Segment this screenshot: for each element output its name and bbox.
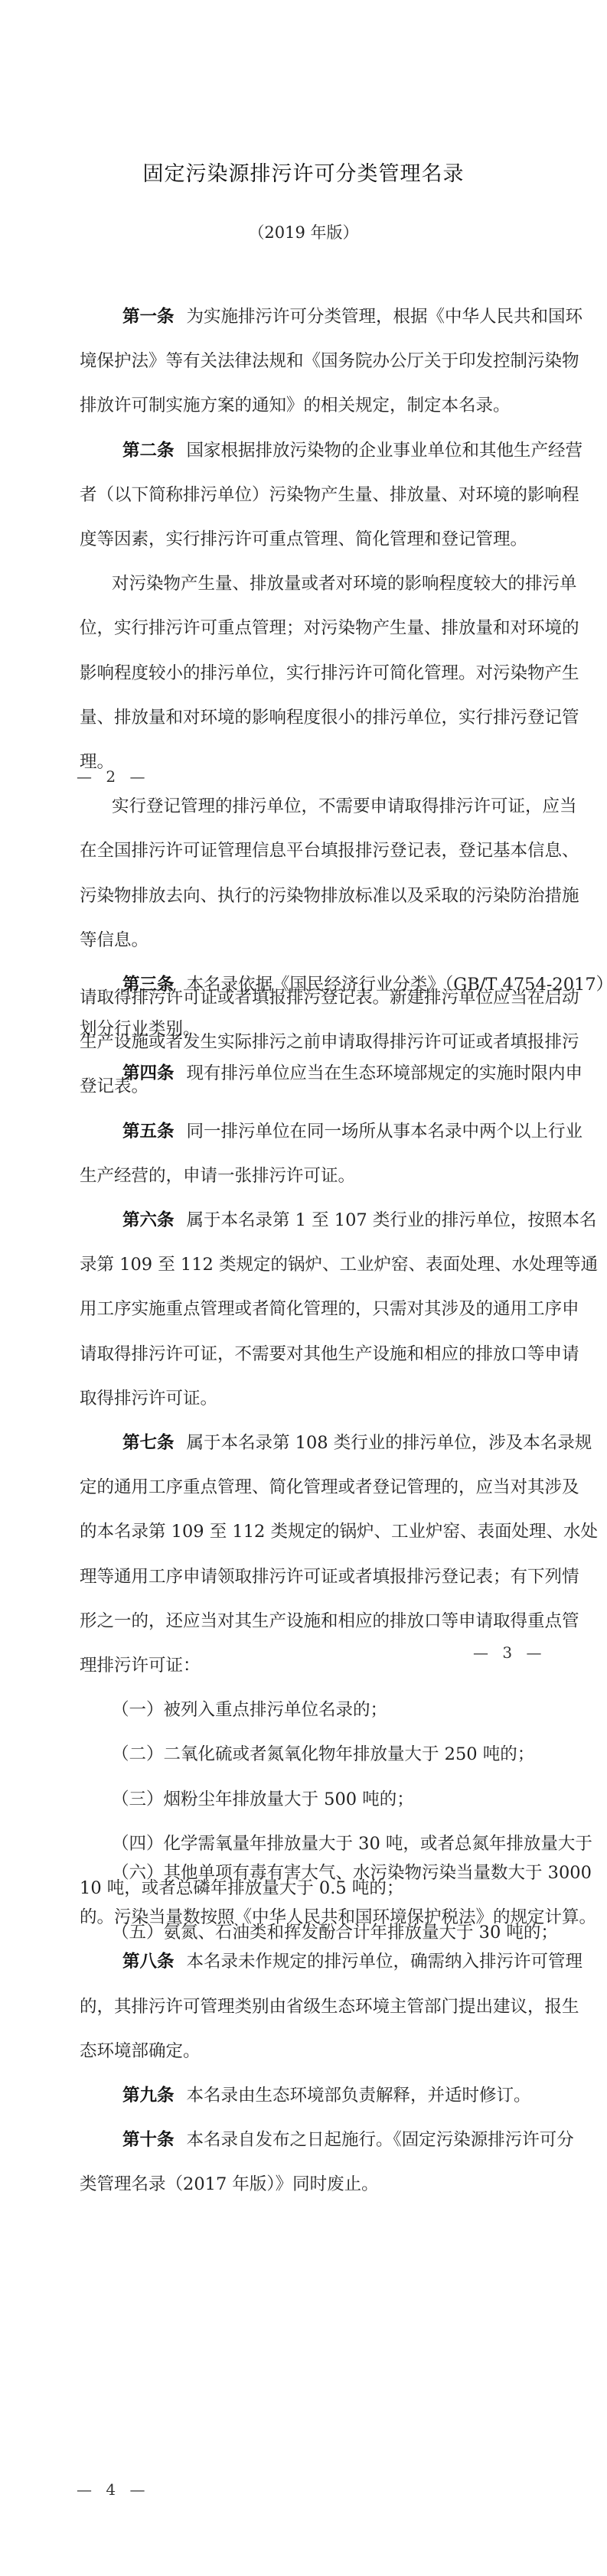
text-line: 第十条本名录自发布之日起施行。《固定污染源排污许可分 <box>122 2128 531 2151</box>
line-text: （二）二氧化硫或者氮氧化物年排放量大于 250 吨的； <box>112 1744 534 1764</box>
line-text: （一）被列入重点排污单位名录的； <box>112 1700 387 1720</box>
text-line: 定的通用工序重点管理、简化管理或者登记管理的，应当对其涉及 <box>80 1476 531 1499</box>
text-line: （六）其他单项有毒有害大气、水污染物污染当量数大于 3000 <box>112 1861 531 1884</box>
text-line: 生产设施或者发生实际排污之前申请取得排污许可证或者填报排污 <box>80 1031 531 1054</box>
line-text: 实行登记管理的排污单位，不需要申请取得排污许可证，应当 <box>112 796 577 816</box>
text-line: 类管理名录（2017 年版）》同时废止。 <box>80 2173 531 2196</box>
line-text: 登记表。 <box>80 1076 148 1096</box>
text-line: 态环境部确定。 <box>80 2040 531 2063</box>
line-text: 为实施排污许可分类管理，根据《中华人民共和国环 <box>187 307 583 327</box>
text-line: 第五条同一排污单位在同一场所从事本名录中两个以上行业 <box>122 1120 531 1143</box>
line-text: 排放许可制实施方案的通知》的相关规定，制定本名录。 <box>80 396 511 415</box>
document-subtitle: （2019 年版） <box>0 220 607 243</box>
text-line: 污染物排放去向、执行的污染物排放标准以及采取的污染防治措施 <box>80 884 531 907</box>
text-line: 等信息。 <box>80 929 531 952</box>
page-number-2: — 2 — <box>77 767 149 786</box>
text-line: 生产经营的，申请一张排污许可证。 <box>80 1164 531 1187</box>
line-text: 类管理名录（2017 年版）》同时废止。 <box>80 2174 379 2194</box>
text-line: 第六条属于本名录第 1 至 107 类行业的排污单位，按照本名 <box>122 1209 531 1232</box>
text-line: 的，其排污许可管理类别由省级生态环境主管部门提出建议，报生 <box>80 1995 531 2018</box>
line-text: 同一排污单位在同一场所从事本名录中两个以上行业 <box>187 1122 583 1141</box>
text-line: 第八条本名录未作规定的排污单位，确需纳入排污许可管理 <box>122 1950 531 1973</box>
article-heading: 第七条 <box>122 1433 175 1453</box>
line-text: 取得排污许可证。 <box>80 1389 217 1408</box>
line-text: 的本名录第 109 至 112 类规定的锅炉、工业炉窑、表面处理、水处 <box>80 1522 598 1542</box>
line-text: 定的通用工序重点管理、简化管理或者登记管理的，应当对其涉及 <box>80 1477 579 1497</box>
line-text: 本名录未作规定的排污单位，确需纳入排污许可管理 <box>187 1952 583 1972</box>
text-line: 请取得排污许可证或者填报排污登记表。新建排污单位应当在启动 <box>80 986 531 1009</box>
line-text: 本名录自发布之日起施行。《固定污染源排污许可分 <box>187 2130 574 2150</box>
text-line: 取得排污许可证。 <box>80 1387 531 1410</box>
page-number-3: — 3 — <box>473 1643 546 1662</box>
line-text: 境保护法》等有关法律法规和《国务院办公厅关于印发控制污染物 <box>80 351 579 371</box>
text-line: 理排污许可证： <box>80 1654 531 1677</box>
article-heading: 第九条 <box>122 2086 175 2105</box>
line-text: 等信息。 <box>80 930 148 950</box>
line-text: 的。污染当量数按照《中华人民共和国环境保护税法》的规定计算。 <box>80 1907 596 1927</box>
line-text: 者（以下简称排污单位）污染物产生量、排放量、对环境的影响程 <box>80 485 579 505</box>
text-line: 请取得排污许可证，不需要对其他生产设施和相应的排放口等申请 <box>80 1343 531 1366</box>
line-text: 请取得排污许可证，不需要对其他生产设施和相应的排放口等申请 <box>80 1344 579 1364</box>
text-line: 的。污染当量数按照《中华人民共和国环境保护税法》的规定计算。 <box>80 1906 531 1929</box>
line-text: 生产设施或者发生实际排污之前申请取得排污许可证或者填报排污 <box>80 1032 579 1052</box>
line-text: 位，实行排污许可重点管理；对污染物产生量、排放量和对环境的 <box>80 618 579 638</box>
line-text: 在全国排污许可证管理信息平台填报排污登记表，登记基本信息、 <box>80 841 579 861</box>
text-line: 录第 109 至 112 类规定的锅炉、工业炉窑、表面处理、水处理等通 <box>80 1253 531 1276</box>
text-line: 第二条国家根据排放污染物的企业事业单位和其他生产经营 <box>122 439 531 462</box>
line-text: 态环境部确定。 <box>80 2041 201 2061</box>
document-title: 固定污染源排污许可分类管理名录 <box>0 157 607 187</box>
line-text: 的，其排污许可管理类别由省级生态环境主管部门提出建议，报生 <box>80 1997 579 2017</box>
line-text: 影响程度较小的排污单位，实行排污许可简化管理。对污染物产生 <box>80 663 579 683</box>
text-line: 理等通用工序申请领取排污许可证或者填报排污登记表；有下列情 <box>80 1565 531 1588</box>
text-line: 在全国排污许可证管理信息平台填报排污登记表，登记基本信息、 <box>80 839 531 862</box>
text-line: 用工序实施重点管理或者简化管理的，只需对其涉及的通用工序申 <box>80 1298 531 1321</box>
text-line: 对污染物产生量、排放量或者对环境的影响程度较大的排污单 <box>112 572 531 595</box>
article-heading: 第一条 <box>122 307 175 327</box>
line-text: 形之一的，还应当对其生产设施和相应的排放口等申请取得重点管 <box>80 1611 579 1631</box>
line-text: 国家根据排放污染物的企业事业单位和其他生产经营 <box>187 441 583 461</box>
line-text: （六）其他单项有毒有害大气、水污染物污染当量数大于 3000 <box>112 1863 592 1883</box>
text-line: 实行登记管理的排污单位，不需要申请取得排污许可证，应当 <box>112 795 531 818</box>
text-line: 的本名录第 109 至 112 类规定的锅炉、工业炉窑、表面处理、水处 <box>80 1520 531 1543</box>
article-heading: 第六条 <box>122 1210 175 1230</box>
line-text: 请取得排污许可证或者填报排污登记表。新建排污单位应当在启动 <box>80 988 579 1008</box>
text-line: 位，实行排污许可重点管理；对污染物产生量、排放量和对环境的 <box>80 617 531 640</box>
line-text: 理等通用工序申请领取排污许可证或者填报排污登记表；有下列情 <box>80 1567 579 1587</box>
text-line: （三）烟粉尘年排放量大于 500 吨的； <box>112 1788 531 1811</box>
text-line: 第七条属于本名录第 108 类行业的排污单位，涉及本名录规 <box>122 1431 531 1454</box>
line-text: 对污染物产生量、排放量或者对环境的影响程度较大的排污单 <box>112 574 577 594</box>
page-number-4: — 4 — <box>77 2480 149 2499</box>
line-text: 量、排放量和对环境的影响程度很小的排污单位，实行排污登记管 <box>80 708 579 728</box>
line-text: 生产经营的，申请一张排污许可证。 <box>80 1166 355 1186</box>
text-line: 度等因素，实行排污许可重点管理、简化管理和登记管理。 <box>80 528 531 551</box>
line-text: 本名录由生态环境部负责解释，并适时修订。 <box>187 2086 531 2105</box>
text-line: 第一条为实施排污许可分类管理，根据《中华人民共和国环 <box>122 305 531 328</box>
article-heading: 第二条 <box>122 441 175 461</box>
line-text: 用工序实施重点管理或者简化管理的，只需对其涉及的通用工序申 <box>80 1299 579 1319</box>
text-line: 者（以下简称排污单位）污染物产生量、排放量、对环境的影响程 <box>80 484 531 506</box>
text-line: （四）化学需氧量年排放量大于 30 吨，或者总氮年排放量大于 <box>112 1832 531 1855</box>
text-line: （二）二氧化硫或者氮氧化物年排放量大于 250 吨的； <box>112 1743 531 1766</box>
line-text: 理排污许可证： <box>80 1656 201 1676</box>
line-text: （四）化学需氧量年排放量大于 30 吨，或者总氮年排放量大于 <box>112 1834 592 1854</box>
text-line: （一）被列入重点排污单位名录的； <box>112 1698 531 1721</box>
text-line: 量、排放量和对环境的影响程度很小的排污单位，实行排污登记管 <box>80 706 531 729</box>
article-heading: 第十条 <box>122 2130 175 2150</box>
text-line: 第九条本名录由生态环境部负责解释，并适时修订。 <box>122 2084 531 2107</box>
line-text: 属于本名录第 108 类行业的排污单位，涉及本名录规 <box>187 1433 592 1453</box>
text-line: 影响程度较小的排污单位，实行排污许可简化管理。对污染物产生 <box>80 662 531 685</box>
line-text: 属于本名录第 1 至 107 类行业的排污单位，按照本名 <box>187 1210 597 1230</box>
line-text: （三）烟粉尘年排放量大于 500 吨的； <box>112 1790 414 1809</box>
article-heading: 第八条 <box>122 1952 175 1972</box>
text-line: 排放许可制实施方案的通知》的相关规定，制定本名录。 <box>80 394 531 417</box>
text-line: 登记表。 <box>80 1075 531 1098</box>
text-line: 形之一的，还应当对其生产设施和相应的排放口等申请取得重点管 <box>80 1610 531 1633</box>
line-text: 度等因素，实行排污许可重点管理、简化管理和登记管理。 <box>80 529 527 549</box>
line-text: 污染物排放去向、执行的污染物排放标准以及采取的污染防治措施 <box>80 886 579 906</box>
text-line: 境保护法》等有关法律法规和《国务院办公厅关于印发控制污染物 <box>80 350 531 373</box>
line-text: 录第 109 至 112 类规定的锅炉、工业炉窑、表面处理、水处理等通 <box>80 1255 598 1275</box>
article-heading: 第五条 <box>122 1122 175 1141</box>
